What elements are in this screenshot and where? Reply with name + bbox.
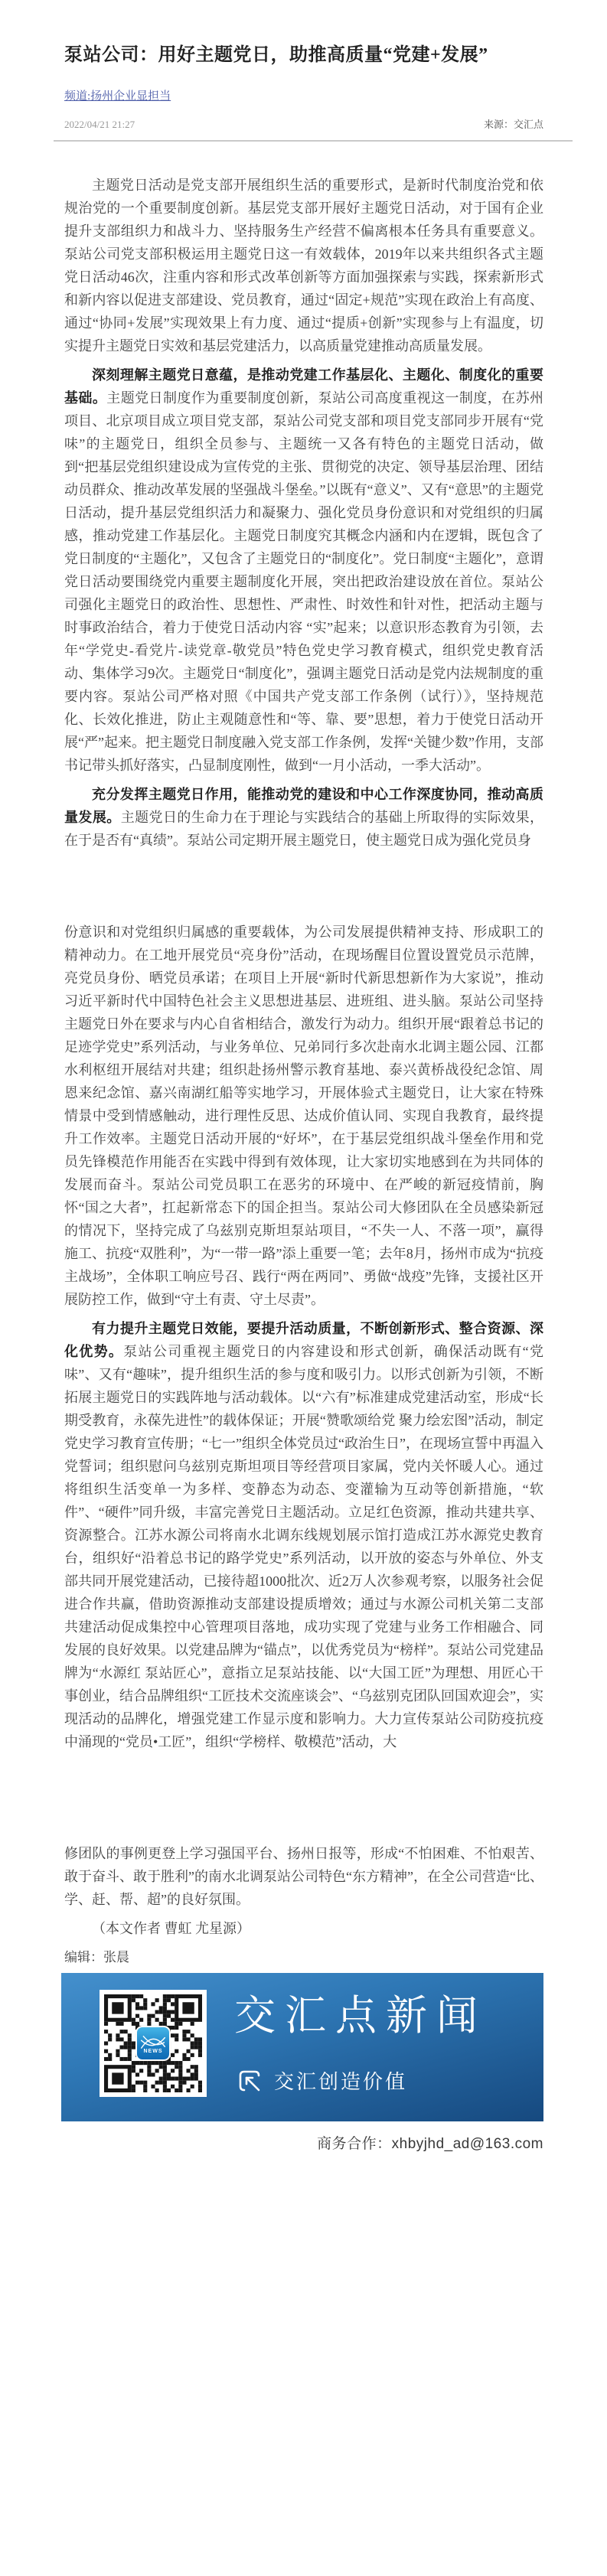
divider [54,140,573,142]
paragraph-4: 有力提升主题党日效能，要提升活动质量，不断创新形式、整合资源、深化优势。泵站公司… [64,1317,543,1753]
editor-line: 编辑：张晨 [64,1946,543,1969]
article-body: 主题党日活动是党支部开展组织生活的重要形式，是新时代制度治党和依规治党的一个重要… [64,174,543,1969]
article-content: 泵站公司：用好主题党日，助推高质量“党建+发展” 频道:扬州企业显担当 2022… [0,0,607,1969]
paragraph-4-text: 泵站公司重视主题党日的内容建设和形式创新，确保活动既有“党味”、又有“趣味”，提… [64,1344,543,1749]
logo-text: NEWS [144,2049,163,2054]
banner-slogan: 交汇创造价值 [236,2066,407,2095]
author-note: （本文作者 曹虹 尤星源） [64,1917,543,1940]
paragraph-2: 深刻理解主题党日意蕴，是推动党建工作基层化、主题化、制度化的重要基础。主题党日制… [64,364,543,777]
meta-row: 2022/04/21 21:27 来源：交汇点 [64,116,543,131]
news-app-logo: NEWS [135,2026,171,2061]
channel-link[interactable]: 频道:扬州企业显担当 [64,90,171,103]
source-label: 来源：交汇点 [484,116,543,131]
qr-code: NEWS [100,1990,207,2097]
cursor-icon [236,2067,263,2095]
paragraph-1: 主题党日活动是党支部开展组织生活的重要形式，是新时代制度治党和依规治党的一个重要… [64,174,543,357]
logo-arcs-icon [139,2033,167,2050]
image-placeholder-1 [64,858,543,921]
paragraph-3-text: 主题党日的生命力在于理论与实践结合的基础上所取得的实际效果，在于是否有“真绩”。… [64,810,543,848]
publish-time: 2022/04/21 21:27 [64,119,135,131]
paragraph-4-continued: 修团队的事例更登上学习强国平台、扬州日报等，形成“不怕困难、不怕艰苦、敢于奋斗、… [64,1842,543,1911]
channel-row: 频道:扬州企业显担当 [64,87,543,103]
paragraph-3: 充分发挥主题党日作用，能推动党的建设和中心工作深度协同，推动高质量发展。主题党日… [64,783,543,852]
page-title: 泵站公司：用好主题党日，助推高质量“党建+发展” [64,0,543,69]
business-contact: 商务合作：xhbyjhd_ad@163.com [317,2132,543,2153]
banner-title: 交汇点新闻 [234,1993,487,2039]
banner-slogan-text: 交汇创造价值 [274,2066,407,2095]
news-app-banner[interactable]: NEWS 交汇点新闻 交汇创造价值 [61,1973,543,2121]
paragraph-2-text: 主题党日制度作为重要制度创新，泵站公司高度重视这一制度，在苏州项目、北京项目成立… [64,390,543,773]
paragraph-3-continued: 份意识和对党组织归属感的重要载体，为公司发展提供精神支持、形成职工的精神动力。在… [64,921,543,1311]
article-page: 泵站公司：用好主题党日，助推高质量“党建+发展” 频道:扬州企业显担当 2022… [0,0,607,2576]
image-placeholder-2 [64,1759,543,1842]
